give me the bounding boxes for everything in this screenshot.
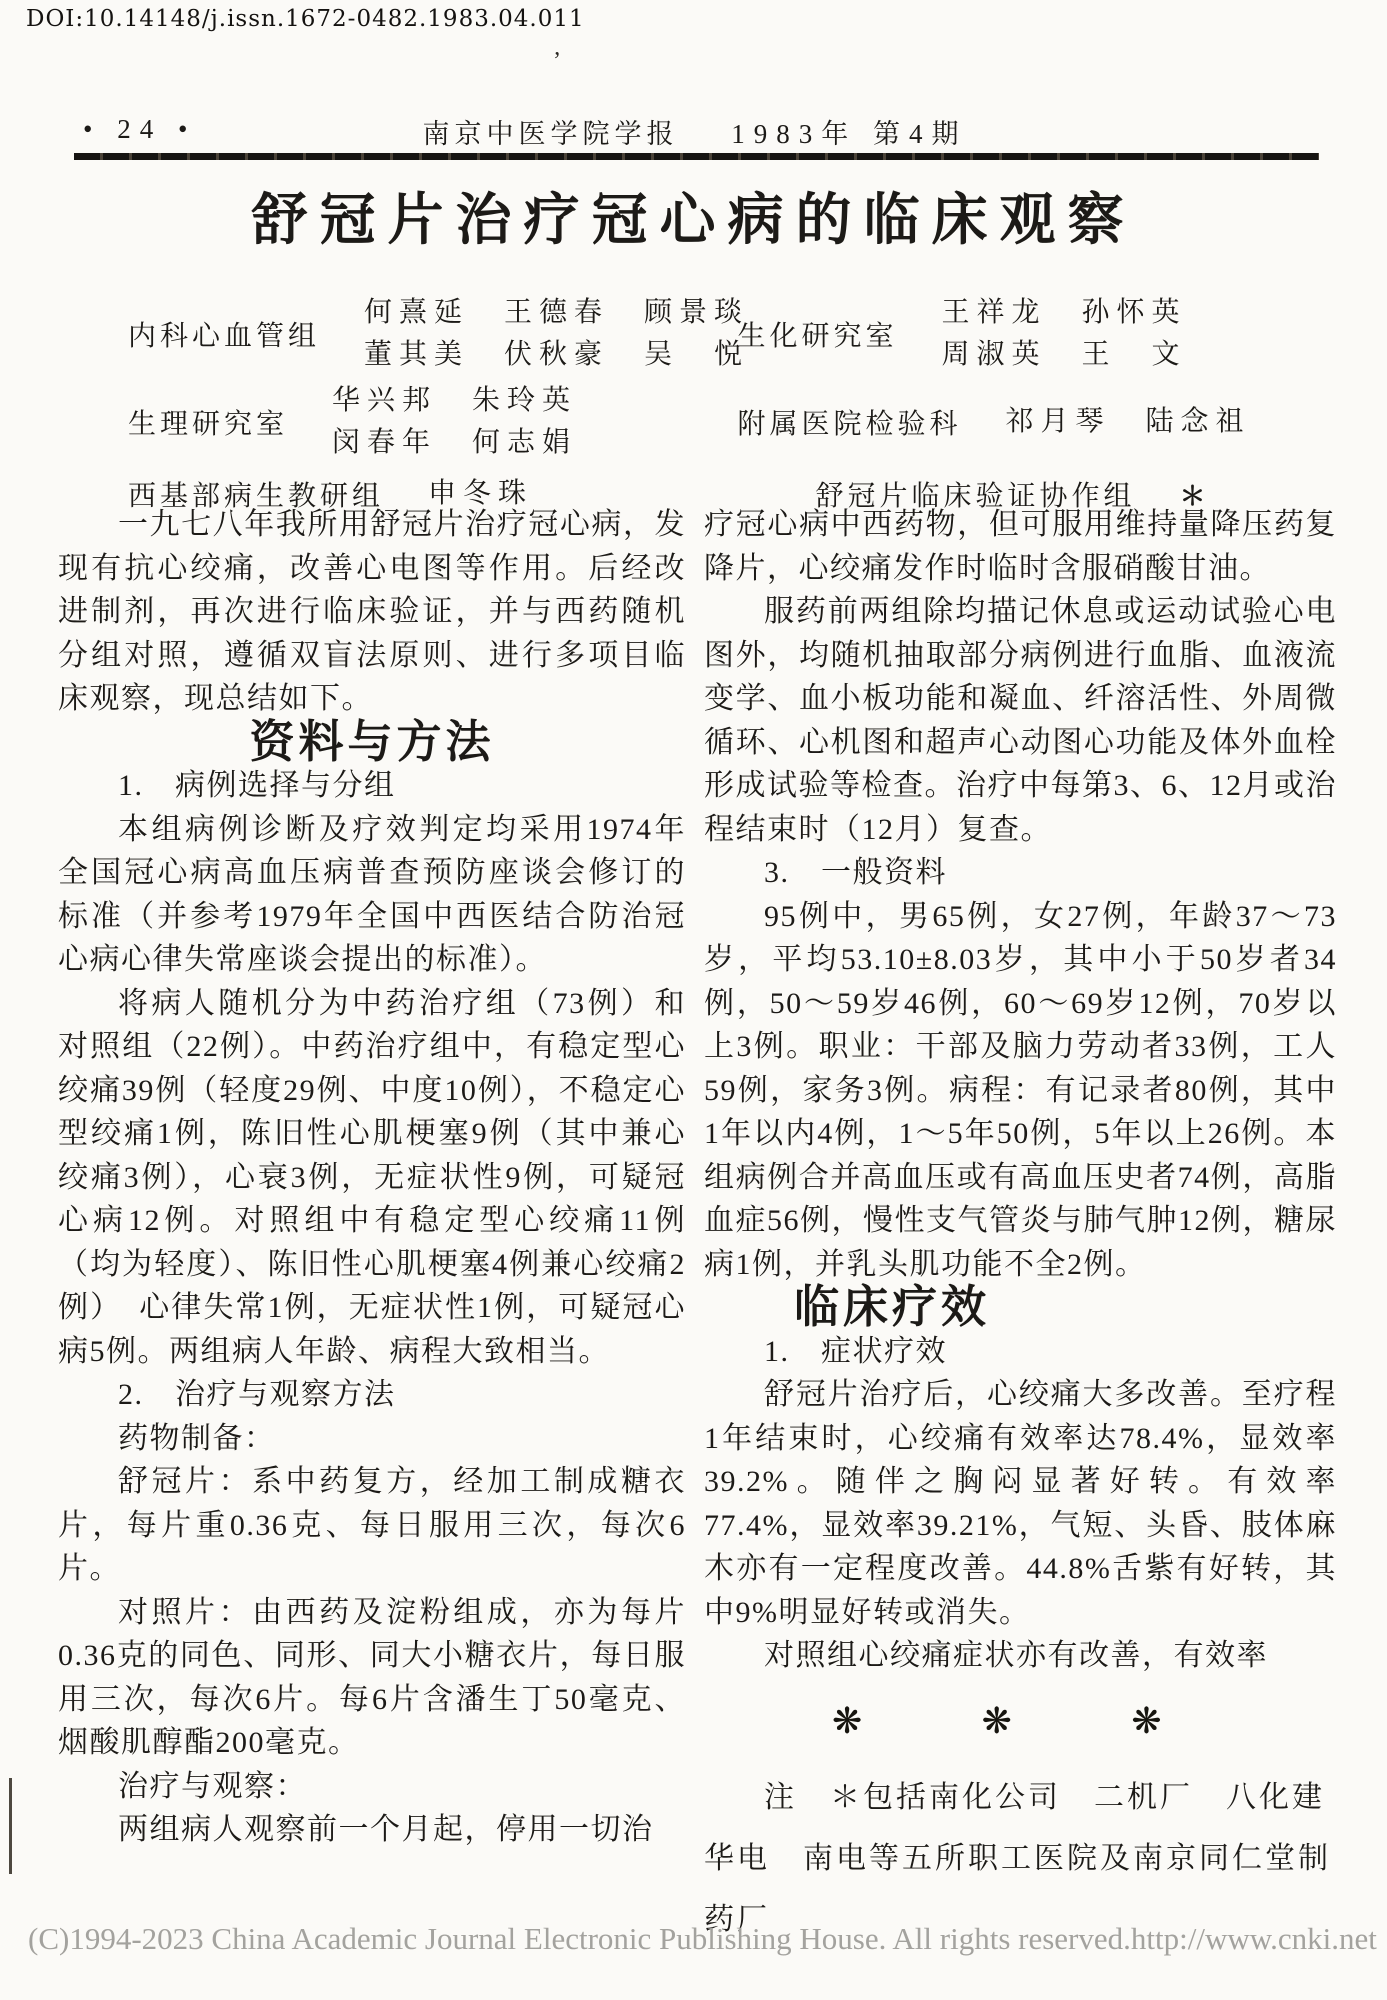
author-row: 生理研究室 华兴邦 朱玲英 闵春年 何志娟: [128, 378, 726, 466]
author-group-label: 附属医院检验科: [738, 402, 962, 442]
footnote-line: 注 ＊包括南化公司 二机厂 八化建: [704, 1767, 1337, 1828]
author-names: 何熹延 王德春 顾景琰 董其美 伏秋豪 吴 悦: [364, 292, 749, 376]
footnote-line: 华电 南电等五所职工医院及南京同仁堂制: [704, 1828, 1337, 1889]
page-number: • 24 •: [83, 114, 196, 145]
paragraph: 对照组心绞痛症状亦有改善，有效率: [704, 1634, 1337, 1678]
flower-ornament-icon: ❋: [1131, 1700, 1163, 1744]
author-names-line: 王祥龙 孙怀英: [942, 292, 1187, 334]
author-names: 祁月琴 陆念祖: [1006, 401, 1251, 443]
author-names-line: 周淑英 王 文: [942, 334, 1187, 376]
numbered-subheading: 1. 症状疗效: [704, 1330, 1337, 1374]
author-names-line: 董其美 伏秋豪 吴 悦: [364, 334, 749, 376]
scan-artifact-mark: ’: [553, 48, 561, 75]
paragraph: 对照片：由西药及淀粉组成，亦为每片0.36克的同色、同形、同大小糖衣片，每日服用…: [58, 1591, 686, 1765]
author-row: 生化研究室 王祥龙 孙怀英 周淑英 王 文: [738, 290, 1324, 378]
author-column-right: 生化研究室 王祥龙 孙怀英 周淑英 王 文 附属医院检验科 祁月琴 陆念祖 舒冠…: [726, 290, 1324, 522]
section-heading-methods: 资料与方法: [58, 721, 686, 765]
copyright-footer: (C)1994-2023 China Academic Journal Elec…: [28, 1921, 1361, 1957]
author-names-line: 何熹延 王德春 顾景琰: [364, 292, 749, 334]
paragraph: 两组病人观察前一个月起，停用一切治: [58, 1808, 686, 1852]
paragraph: 服药前两组除均描记休息或运动试验心电图外，均随机抽取部分病例进行血脂、血液流变学…: [704, 590, 1337, 851]
author-names: 王祥龙 孙怀英 周淑英 王 文: [942, 292, 1187, 376]
scan-artifact-line: [9, 1778, 12, 1874]
flower-ornament-icon: ❋: [832, 1700, 864, 1744]
ornament-row: ❋ ❋ ❋: [704, 1700, 1337, 1744]
flower-ornament-icon: ❋: [982, 1700, 1014, 1744]
paragraph: 药物制备：: [58, 1417, 686, 1461]
scanned-paper-page: DOI:10.14148/j.issn.1672-0482.1983.04.01…: [0, 0, 1387, 2000]
cnki-url: http://www.cnki.net: [1131, 1921, 1377, 1957]
journal-name: 南京中医学院学报: [423, 119, 679, 149]
right-column: 疗冠心病中西药物，但可服用维持量降压药复降片，心绞痛发作时临时含服硝酸甘油。 服…: [704, 503, 1337, 1950]
author-names-line: 祁月琴 陆念祖: [1006, 401, 1251, 443]
article-title: 舒冠片治疗冠心病的临床观察: [0, 176, 1387, 256]
numbered-subheading: 3. 一般资料: [704, 851, 1337, 895]
journal-header: • 24 • 南京中医学院学报 1983年 第4期: [75, 112, 1315, 148]
author-column-left: 内科心血管组 何熹延 王德春 顾景琰 董其美 伏秋豪 吴 悦 生理研究室 华兴邦…: [128, 290, 726, 522]
author-group-label: 生理研究室: [128, 402, 288, 442]
author-row: 内科心血管组 何熹延 王德春 顾景琰 董其美 伏秋豪 吴 悦: [128, 290, 726, 378]
author-group-label: 内科心血管组: [128, 314, 320, 354]
paragraph: 舒冠片：系中药复方，经加工制成糖衣片，每片重0.36克、每日服用三次，每次6片。: [58, 1460, 686, 1591]
paragraph: 疗冠心病中西药物，但可服用维持量降压药复降片，心绞痛发作时临时含服硝酸甘油。: [704, 503, 1337, 590]
journal-issue: 1983年 第4期: [731, 119, 967, 149]
paragraph: 95例中，男65例，女27例，年龄37～73岁，平均53.10±8.03岁，其中…: [704, 895, 1337, 1287]
paragraph: 治疗与观察：: [58, 1765, 686, 1809]
paragraph: 将病人随机分为中药治疗组（73例）和对照组（22例）。中药治疗组中，有稳定型心绞…: [58, 982, 686, 1374]
journal-header-center: 南京中医学院学报 1983年 第4期: [423, 112, 968, 151]
author-names: 华兴邦 朱玲英 闵春年 何志娟: [332, 380, 577, 464]
left-column: 一九七八年我所用舒冠片治疗冠心病，发现有抗心绞痛，改善心电图等作用。后经改进制剂…: [58, 503, 686, 1852]
paragraph: 一九七八年我所用舒冠片治疗冠心病，发现有抗心绞痛，改善心电图等作用。后经改进制剂…: [58, 503, 686, 721]
author-block: 内科心血管组 何熹延 王德春 顾景琰 董其美 伏秋豪 吴 悦 生理研究室 华兴邦…: [128, 290, 1323, 522]
doi-line: DOI:10.14148/j.issn.1672-0482.1983.04.01…: [26, 6, 585, 32]
author-row: 附属医院检验科 祁月琴 陆念祖: [738, 378, 1324, 466]
numbered-subheading: 1. 病例选择与分组: [58, 764, 686, 808]
author-names-line: 华兴邦 朱玲英: [332, 380, 577, 422]
paragraph: 舒冠片治疗后，心绞痛大多改善。至疗程1年结束时，心绞痛有效率达78.4%，显效率…: [704, 1373, 1337, 1634]
numbered-subheading: 2. 治疗与观察方法: [58, 1373, 686, 1417]
author-names-line: 闵春年 何志娟: [332, 422, 577, 464]
section-heading-efficacy: 临床疗效: [704, 1286, 1337, 1330]
author-group-label: 生化研究室: [738, 314, 898, 354]
copyright-text: (C)1994-2023 China Academic Journal Elec…: [28, 1921, 1131, 1957]
paragraph: 本组病例诊断及疗效判定均采用1974年全国冠心病高血压病普查预防座谈会修订的标准…: [58, 808, 686, 982]
header-rule: [74, 153, 1319, 160]
